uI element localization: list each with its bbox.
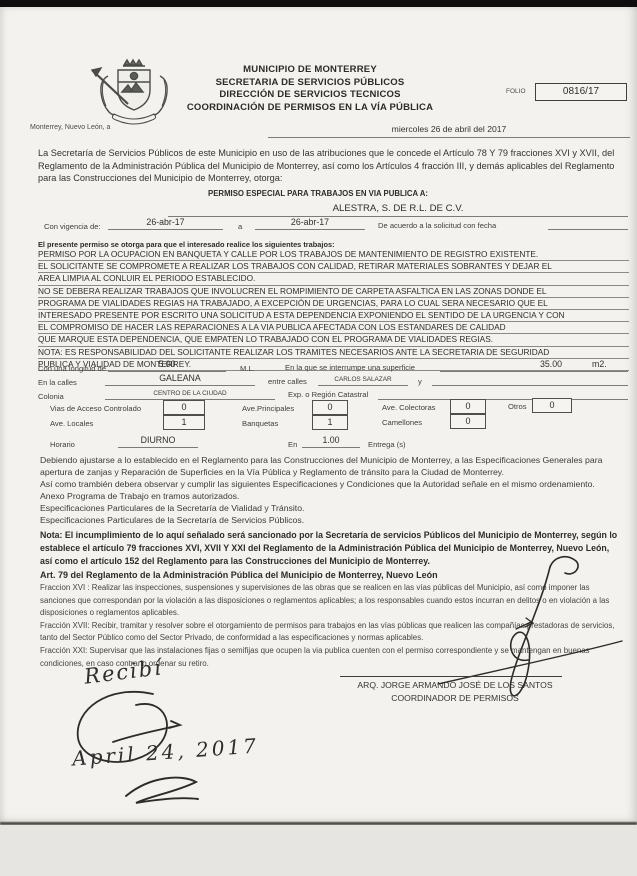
scanned-permit-document: Monterrey, Nuevo León, a MUNICIPIO DE MO…	[0, 0, 637, 876]
counter-otros-box: 0	[532, 398, 572, 413]
intro-paragraph: La Secretaría de Servicios Públicos de e…	[38, 147, 616, 185]
length-label: Con una longitud de	[38, 364, 106, 373]
horario-label: Horario	[50, 440, 75, 449]
en-label: En	[288, 440, 297, 449]
counter-ave-locales-label: Ave. Locales	[50, 419, 93, 428]
street-value: GALEANA	[105, 373, 255, 386]
condition-line: Debiendo ajustarse a lo establecido en e…	[40, 454, 620, 466]
counter-ave-principales-label: Ave.Principales	[242, 404, 294, 413]
folio-label: FOLIO	[506, 88, 526, 95]
length-unit: M.L.	[240, 364, 255, 373]
validity-from-value: 26-abr-17	[108, 217, 223, 230]
validity-label: Con vigencia de:	[44, 222, 101, 231]
entregas-label: Entrega (s)	[368, 440, 406, 449]
work-line: EL COMPROMISO DE HACER LAS REPARACIONES …	[38, 322, 629, 334]
counter-vias-acceso-label: Vias de Acceso Controlado	[50, 404, 141, 413]
counter-camellones-value: 0	[465, 416, 470, 426]
surface-line: 35.00 m2.	[440, 359, 628, 372]
request-date-blank	[548, 228, 628, 230]
permit-title: PERMISO ESPECIAL PARA TRABAJOS EN VIA PU…	[38, 189, 598, 198]
work-line: PERMISO POR LA OCUPACION EN BANQUETA Y C…	[38, 249, 629, 261]
entregas-value: 1.00	[302, 435, 360, 448]
conditions-paragraph: Debiendo ajustarse a lo establecido en e…	[40, 454, 620, 527]
horario-value: DIURNO	[118, 435, 198, 448]
works-intro: El presente permiso se otorga para que e…	[38, 240, 335, 249]
counter-ave-locales-value: 1	[181, 417, 186, 427]
counter-ave-colectoras-label: Ave. Colectoras	[382, 403, 435, 412]
surface-label: En la que se interrumpe una superficie	[285, 363, 415, 372]
counter-ave-principales-value: 0	[327, 402, 332, 412]
work-line: QUE MARQUE ESTA DEPENDENCIA, QUE EMPATEN…	[38, 334, 629, 346]
colonia-value: CENTRO DE LA CIUDAD	[105, 387, 275, 400]
work-line: NOTA: ES RESPONSABILIDAD DEL SOLICITANTE…	[38, 347, 629, 359]
signatory-title: COORDINADOR DE PERMISOS	[315, 693, 595, 703]
scan-top-edge	[0, 0, 637, 7]
counter-camellones-label: Camellones	[382, 418, 422, 427]
works-lines: PERMISO POR LA OCUPACION EN BANQUETA Y C…	[38, 249, 629, 371]
work-line: PROGRAMA DE VIALIDADES REGIAS HA TRABAJA…	[38, 298, 629, 310]
handwritten-underline-icon	[108, 770, 208, 810]
work-line: AREA LIMPIA AL CONLUIR EL PERIODO ESTABL…	[38, 273, 629, 285]
street-label: En la calles	[38, 378, 77, 387]
surface-unit: m2.	[592, 359, 607, 369]
date-line: miercoles 26 de abril del 2017	[268, 124, 630, 138]
condition-line: apertura de zanjas y Reparación de Super…	[40, 466, 620, 478]
counter-ave-colectoras-box: 0	[450, 399, 486, 414]
folio-box: 0816/17	[535, 83, 627, 101]
org-line-4: COORDINACIÓN DE PERMISOS EN LA VÍA PÚBLI…	[160, 102, 460, 115]
counter-ave-locales-box: 1	[163, 415, 205, 430]
counter-vias-acceso-box: 0	[163, 400, 205, 415]
place-label: Monterrey, Nuevo León, a	[30, 124, 110, 131]
counter-banquetas-label: Banquetas	[242, 419, 278, 428]
work-line: NO SE DEBERA REALIZAR TRABAJOS QUE INVOL…	[38, 286, 629, 298]
validity-to-value: 26-abr-17	[255, 217, 365, 230]
folio-value: 0816/17	[563, 86, 599, 97]
work-line: EL SOLICITANTE SE COMPROMETE A REALIZAR …	[38, 261, 629, 273]
article-heading: Art. 79 del Reglamento de la Administrac…	[40, 570, 438, 580]
condition-line: Especificaciones Particulares de la Secr…	[40, 502, 620, 514]
condition-line: Especificaciones Particulares de la Secr…	[40, 514, 620, 526]
header-org-block: MUNICIPIO DE MONTERREY SECRETARIA DE SER…	[160, 64, 460, 114]
counter-otros-label: Otros	[508, 402, 527, 411]
counter-otros-value: 0	[549, 400, 554, 410]
condition-line: Así como trambién debera observar y cump…	[40, 478, 620, 490]
and-label: y	[418, 377, 422, 386]
org-line-1: MUNICIPIO DE MONTERREY	[160, 64, 460, 77]
counter-ave-colectoras-value: 0	[465, 401, 470, 411]
work-line: INTERESADO PRESENTE POR ESCRITO UNA SOLI…	[38, 310, 629, 322]
counter-ave-principales-box: 0	[312, 400, 348, 415]
between-label: entre calles	[268, 377, 307, 386]
signatory-name: ARQ. JORGE ARMANDO JOSÉ DE LOS SANTOS	[315, 680, 595, 690]
counter-camellones-box: 0	[450, 414, 486, 429]
validity-to-connector: a	[238, 222, 242, 231]
length-value: 5.00	[108, 359, 226, 372]
scanner-background	[0, 825, 637, 876]
counter-vias-acceso-value: 0	[181, 402, 186, 412]
grantee-name: ALESTRA, S. DE R.L. DE C.V.	[168, 203, 628, 217]
counter-banquetas-box: 1	[312, 415, 348, 430]
counter-banquetas-value: 1	[327, 417, 332, 427]
request-date-label: De acuerdo a la solicitud con fecha	[378, 221, 496, 230]
surface-value: 35.00	[540, 359, 562, 369]
colonia-label: Colonia	[38, 392, 64, 401]
signature-line	[340, 676, 562, 677]
condition-line: Anexo Programa de Trabajo en tramos auto…	[40, 490, 620, 502]
org-line-3: DIRECCIÓN DE SERVICIOS TECNICOS	[160, 89, 460, 102]
org-line-2: SECRETARIA DE SERVICIOS PÚBLICOS	[160, 77, 460, 90]
between-value: CARLOS SALAZAR	[318, 373, 408, 386]
expediente-blank	[378, 398, 628, 400]
expediente-label: Exp. o Región Catastral	[288, 390, 368, 399]
second-street-blank	[432, 384, 628, 386]
